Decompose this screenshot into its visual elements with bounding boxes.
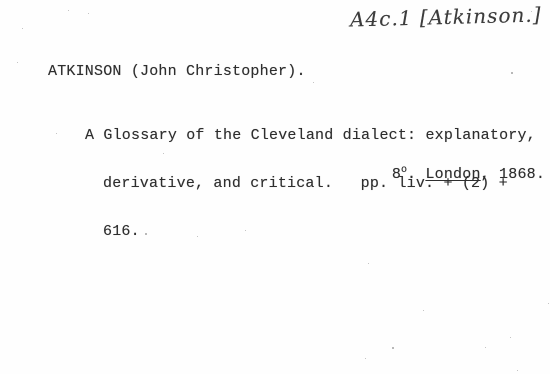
imprint-date: , 1868.	[481, 166, 545, 183]
scan-speck	[365, 358, 366, 359]
title-line: 616.	[103, 224, 536, 240]
format-superscript: o	[401, 163, 407, 179]
catalog-card: A4c.1 [Atkinson.] ATKINSON (John Christo…	[0, 0, 550, 374]
scan-speck	[145, 233, 147, 235]
scan-speck	[22, 28, 23, 29]
scan-speck	[517, 370, 518, 371]
scan-speck	[548, 303, 549, 304]
scan-speck	[245, 230, 246, 231]
imprint-line: 8o. London, 1868.	[355, 151, 545, 201]
scan-speck	[17, 62, 18, 63]
scan-speck	[510, 337, 511, 338]
scan-speck	[392, 347, 394, 349]
scan-speck	[511, 72, 513, 74]
scan-speck	[88, 13, 89, 14]
title-line: A Glossary of the Cleveland dialect: exp…	[85, 128, 536, 144]
scan-speck	[163, 153, 164, 154]
scan-speck	[531, 11, 532, 12]
scan-speck	[313, 82, 314, 83]
scan-speck	[197, 236, 198, 237]
scan-speck	[56, 133, 57, 134]
format-number: 8	[392, 166, 401, 183]
scan-speck	[485, 347, 486, 348]
imprint-separator: .	[407, 166, 425, 183]
author-heading: ATKINSON (John Christopher).	[48, 64, 306, 80]
place-name: London	[425, 166, 480, 183]
scan-speck	[368, 263, 369, 264]
shelfmark-annotation: A4c.1 [Atkinson.]	[350, 2, 542, 31]
scan-speck	[423, 310, 424, 311]
scan-speck	[68, 10, 69, 11]
